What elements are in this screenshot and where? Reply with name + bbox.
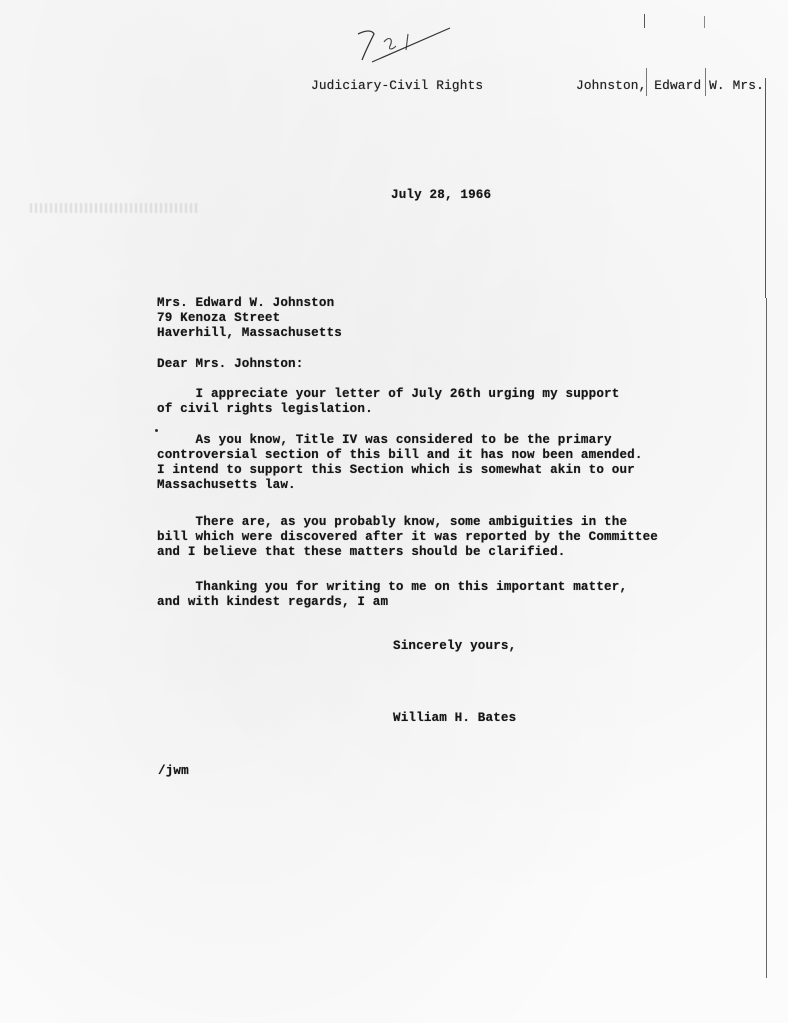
recipient-street: 79 Kenoza Street <box>157 311 280 326</box>
body-line: and I believe that these matters should … <box>157 545 566 560</box>
scan-speck <box>155 429 158 432</box>
recipient-name: Mrs. Edward W. Johnston <box>157 296 334 311</box>
body-line: There are, as you probably know, some am… <box>157 515 627 530</box>
body-line: Massachusetts law. <box>157 478 296 493</box>
body-line: bill which were discovered after it was … <box>157 530 658 545</box>
file-rule <box>644 14 645 28</box>
scan-smudge <box>30 203 200 213</box>
salutation: Dear Mrs. Johnston: <box>157 357 303 372</box>
file-rule <box>765 78 766 298</box>
file-rule <box>766 298 767 978</box>
body-line: and with kindest regards, I am <box>157 595 388 610</box>
body-line: controversial section of this bill and i… <box>157 448 643 463</box>
subject-heading: Judiciary-Civil Rights <box>311 78 483 93</box>
handwritten-annotation <box>348 20 458 70</box>
letter-page: Judiciary-Civil Rights Johnston, Edward … <box>0 0 788 1023</box>
body-line: Thanking you for writing to me on this i… <box>157 580 627 595</box>
body-line: I appreciate your letter of July 26th ur… <box>157 387 619 402</box>
letter-date: July 28, 1966 <box>391 188 491 203</box>
body-line: of civil rights legislation. <box>157 402 373 417</box>
body-line: I intend to support this Section which i… <box>157 463 635 478</box>
recipient-city: Haverhill, Massachusetts <box>157 326 342 341</box>
closing: Sincerely yours, <box>393 639 516 654</box>
body-line: As you know, Title IV was considered to … <box>157 433 612 448</box>
signature-name: William H. Bates <box>393 711 516 726</box>
file-rule <box>704 16 705 28</box>
typist-initials: /jwm <box>158 764 189 779</box>
file-name-heading: Johnston, Edward W. Mrs. <box>576 78 764 93</box>
